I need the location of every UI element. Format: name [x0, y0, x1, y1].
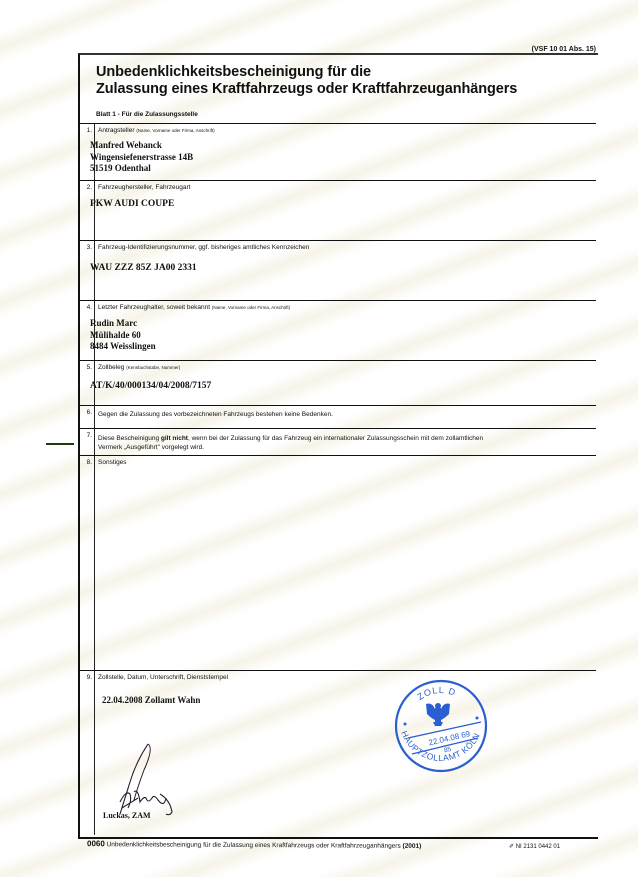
- section-label: Letzter Fahrzeughalter, soweit bekannt (…: [98, 304, 290, 311]
- section-validity-note: 7. Diese Bescheinigung gilt nicht, wenn …: [80, 428, 596, 455]
- footer-year: (2001): [403, 843, 422, 850]
- form-number-block: ✐ NI 2131 0442 01: [509, 843, 560, 850]
- regulation-reference: (VSF 10 01 Abs. 15): [532, 46, 596, 53]
- manufacturer-value: PKW AUDI COUPE: [90, 199, 174, 211]
- label-note: (Kennbuchstabe, Nummer): [126, 365, 180, 370]
- label-text: Diese Bescheinigung: [98, 435, 161, 442]
- pen-icon: ✐: [509, 844, 514, 850]
- document-title: Unbedenklichkeitsbescheinigung für die Z…: [96, 64, 517, 98]
- sheet-subtitle: Blatt 1 - Für die Zulassungsstelle: [96, 111, 198, 118]
- owner-city: 8484 Weisslingen: [90, 341, 156, 353]
- section-label: Fahrzeug-Identifizierungsnummer, ggf. bi…: [98, 244, 309, 251]
- label-text: , wenn bei der Zulassung für das Fahrzeu…: [188, 435, 483, 442]
- section-last-owner: 4. Letzter Fahrzeughalter, soweit bekann…: [80, 300, 596, 360]
- signatory-name: Luckas, ZAM: [103, 811, 151, 820]
- form-code: 0060: [87, 839, 105, 848]
- section-number: 6.: [80, 406, 95, 428]
- section-label: Fahrzeughersteller, Fahrzeugart: [98, 184, 191, 191]
- applicant-value: Manfred Webanck Wingensiefenerstrasse 14…: [90, 140, 193, 175]
- section-applicant: 1. Antragsteller (Name, Vorname oder Fir…: [80, 123, 596, 180]
- title-line-2: Zulassung eines Kraftfahrzeugs oder Kraf…: [96, 81, 517, 98]
- section-number: 8.: [80, 456, 95, 670]
- customs-office-value: 22.04.2008 Zollamt Wahn: [102, 695, 200, 707]
- form-footer: 0060 Unbedenklichkeitsbescheinigung für …: [87, 839, 421, 850]
- eagle-emblem-icon: [426, 703, 450, 726]
- section-label: Zollstelle, Datum, Unterschrift, Diensts…: [98, 674, 228, 681]
- owner-street: Mülihalde 60: [90, 330, 156, 342]
- section-label: Diese Bescheinigung gilt nicht, wenn bei…: [98, 434, 483, 452]
- owner-name: Rudin Marc: [90, 318, 156, 330]
- section-manufacturer: 2. Fahrzeughersteller, Fahrzeugart PKW A…: [80, 180, 596, 240]
- label-text: Letzter Fahrzeughalter, soweit bekannt: [98, 304, 210, 311]
- title-line-1: Unbedenklichkeitsbescheinigung für die: [96, 64, 517, 81]
- label-emphasis: gilt nicht: [161, 435, 188, 442]
- customs-doc-value: AT/K/40/000134/04/2008/7157: [90, 381, 211, 393]
- last-owner-value: Rudin Marc Mülihalde 60 8484 Weisslingen: [90, 318, 156, 353]
- section-label: Gegen die Zulassung des vorbezeichneten …: [98, 411, 333, 418]
- section-number: 2.: [80, 181, 95, 240]
- official-stamp-icon: ZOLL D HAUPTZOLLAMT KÖLN 22.04.08 69 85: [386, 676, 496, 776]
- form-number: NI 2131 0442 01: [516, 844, 560, 850]
- vin-value: WAU ZZZ 85Z JA00 2331: [90, 263, 197, 275]
- section-label: Sonstiges: [98, 459, 127, 466]
- label-line-2: Vermerk „Ausgeführt" vorgelegt wird.: [98, 443, 483, 452]
- section-no-objection: 6. Gegen die Zulassung des vorbezeichnet…: [80, 405, 596, 428]
- stamp-top-text: ZOLL D: [415, 685, 457, 702]
- section-label: Zollbeleg (Kennbuchstabe, Nummer): [98, 364, 180, 371]
- label-note: (Name, Vorname oder Firma, Anschrift): [212, 305, 290, 310]
- fold-mark: [46, 443, 74, 445]
- label-text: Zollbeleg: [98, 364, 124, 371]
- applicant-city: 51519 Odenthal: [90, 163, 193, 175]
- section-number: 9.: [80, 671, 95, 835]
- section-customs-doc: 5. Zollbeleg (Kennbuchstabe, Nummer) AT/…: [80, 360, 596, 405]
- label-note: (Name, Vorname oder Firma, Anschrift): [136, 128, 214, 133]
- label-text: Antragsteller: [98, 127, 135, 134]
- section-label: Antragsteller (Name, Vorname oder Firma,…: [98, 127, 215, 134]
- section-number: 7.: [80, 429, 95, 455]
- section-other: 8. Sonstiges: [80, 455, 596, 670]
- svg-text:ZOLL D: ZOLL D: [415, 685, 457, 702]
- section-vin: 3. Fahrzeug-Identifizierungsnummer, ggf.…: [80, 240, 596, 300]
- applicant-street: Wingensiefenerstrasse 14B: [90, 152, 193, 164]
- signature-icon: [108, 742, 178, 820]
- applicant-name: Manfred Webanck: [90, 140, 193, 152]
